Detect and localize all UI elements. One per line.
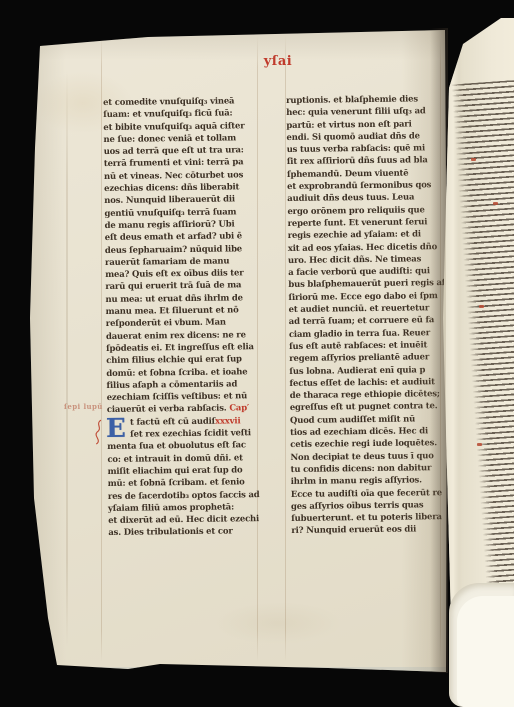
text-line: et exprobrandū ſermonibus qos (287, 179, 444, 193)
illuminated-initial-block: E t factū eſt cū audiſxxxviiſet rex ezec… (107, 415, 264, 442)
text-line: ri? Nunquid eruerūt eos dii (291, 523, 448, 537)
column-lines: et comedite vnuſquiſq₃ vineāſuam: et vnu… (103, 95, 264, 417)
fore-edge-top-page (457, 596, 514, 707)
rubric-mark (477, 443, 482, 446)
illuminated-initial: E (106, 416, 126, 440)
text-line: xit ad eos yſaias. Hec dicetis dño (288, 241, 445, 255)
text-line: ſubuerterunt. et tu poteris libera (291, 511, 448, 525)
running-header: yſai (254, 54, 302, 69)
rubric-fragment: xxxvii (215, 416, 241, 426)
text-column-right: ruptionis. et blaſphemie dieshec: quia v… (286, 93, 448, 538)
text-line: as. Dies tribulationis et cor (108, 525, 265, 539)
fore-edge-page-stack (449, 583, 514, 707)
text-line: Ecce tu audiſti oīa que fecerūt re (291, 487, 448, 501)
initial-indented-lines: t factū eſt cū audiſxxxviiſet rex ezechi… (130, 415, 264, 441)
text-line: domū: et ſobna ſcriba. et ioahe (106, 366, 263, 380)
text-line: et dixerūt ad eū. Hec dicit ezechi (108, 513, 265, 527)
text-line: ezechias dicens: dñs liberabit (104, 181, 261, 195)
penwork-flourish-icon (93, 419, 105, 449)
column-lines: menta ſua et obuolutus eſt ſacco: et int… (107, 439, 265, 539)
rubric-mark (493, 202, 498, 205)
text-line: ſit rex aſſiriorū dñs ſuus ad bla (287, 155, 444, 169)
manuscript-page: yſai ſepi lupū et comedite vnuſquiſq₃ vi… (28, 28, 448, 676)
text-line: tu confidis dicens: non dabitur (291, 462, 448, 476)
text-line: egreſſus eſt ut pugnet contra te. (290, 400, 447, 414)
text-line: deus ſepharuaim? nūquid libe (105, 243, 262, 257)
text-line: reperte ſunt. Et venerunt ſerui (288, 216, 445, 230)
ruling-line (101, 36, 102, 662)
text-line: nu mea: ut eruat dñs ihrlm de (105, 292, 262, 306)
parchment-crease (66, 68, 68, 648)
photograph-background: yſai ſepi lupū et comedite vnuſquiſq₃ vi… (0, 0, 514, 707)
text-line: ſet rex ezechias ſcidit veſti (130, 427, 264, 441)
rubric-fragment: Cap′ (229, 404, 249, 414)
text-column-left: et comedite vnuſquiſq₃ vineāſuam: et vnu… (103, 95, 265, 540)
rubric-mark (479, 305, 484, 308)
column-lines: ruptionis. et blaſphemie dieshec: quia v… (286, 93, 448, 538)
rubric-mark (471, 158, 476, 161)
curled-leaf-text-texture (451, 80, 514, 643)
text-line: res de ſacerdotib₃ optos ſaccis ad (108, 489, 265, 503)
text-line: et bibite vnuſquiſq₃ aquā ciſter (103, 120, 260, 134)
text-line: hec: quia venerunt filii uſq₃ ad (286, 105, 443, 119)
